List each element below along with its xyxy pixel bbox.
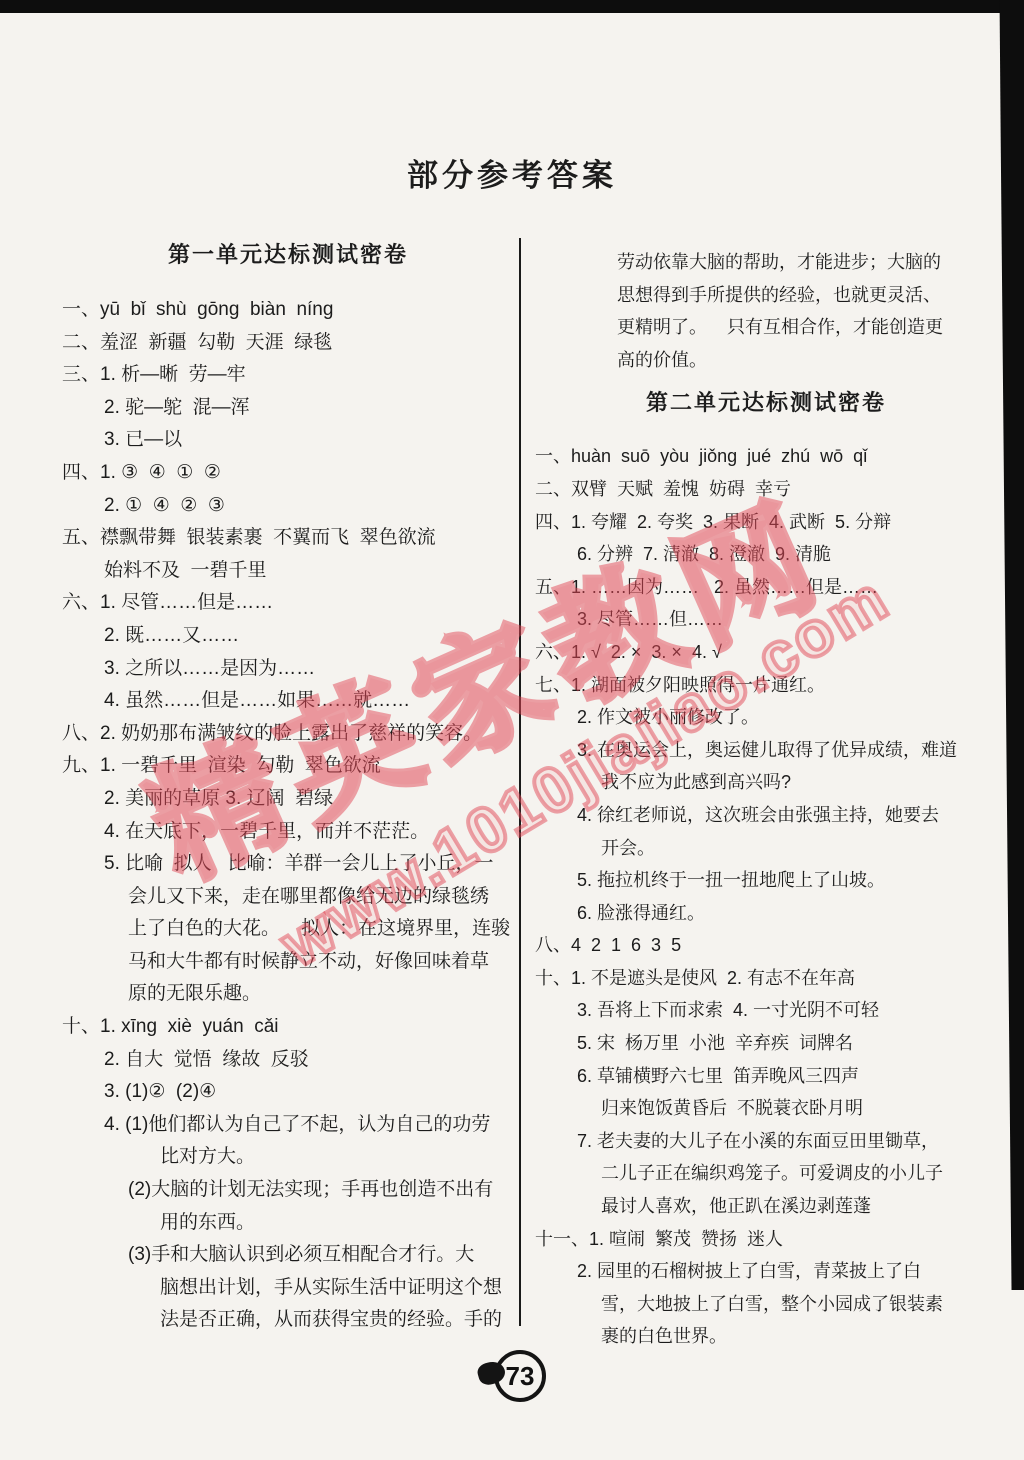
answer-line: 始料不及 一碧千里 xyxy=(104,555,514,588)
column-divider xyxy=(519,238,521,1326)
answer-line: 用的东西。 xyxy=(160,1207,514,1240)
answer-line: 二、羞涩 新疆 勾勒 天涯 绿毯 xyxy=(62,327,514,360)
unit2-heading: 第二单元达标测试密卷 xyxy=(535,388,997,418)
answer-line: 六、1. √ 2. × 3. × 4. √ xyxy=(535,636,997,669)
answer-line: 7. 老夫妻的大儿子在小溪的东面豆田里锄草， xyxy=(577,1125,997,1158)
unit1-heading: 第一单元达标测试密卷 xyxy=(62,240,514,270)
answer-line: 5. 拖拉机终于一扭一扭地爬上了山坡。 xyxy=(577,864,997,897)
answer-line: 归来饱饭黄昏后 不脱蓑衣卧月明 xyxy=(601,1092,997,1125)
answer-line: 五、襟飘带舞 银装素裹 不翼而飞 翠色欲流 xyxy=(62,522,514,555)
answer-line: 八、2. 奶奶那布满皱纹的脸上露出了慈祥的笑容。 xyxy=(62,718,514,751)
answer-line: 3. 吾将上下而求索 4. 一寸光阴不可轻 xyxy=(577,994,997,1027)
answer-line: 上了白色的大花。 拟人：在这境界里，连骏 xyxy=(128,913,514,946)
answer-line: 我不应为此感到高兴吗? xyxy=(601,766,997,799)
answer-line: (2)大脑的计划无法实现；手再也创造不出有 xyxy=(128,1174,514,1207)
answer-line: 雪，大地披上了白雪，整个小园成了银装素 xyxy=(601,1288,997,1321)
answer-line: 十、1. 不是遮头是使风 2. 有志不在年高 xyxy=(535,962,997,995)
unit1-continued-lines: 劳动依靠大脑的帮助，才能进步；大脑的思想得到手所提供的经验，也就更灵活、更精明了… xyxy=(535,246,997,376)
answer-line: 思想得到手所提供的经验，也就更灵活、 xyxy=(617,279,997,312)
answer-line: 更精明了。 只有互相合作，才能创造更 xyxy=(617,311,997,344)
answer-line: 六、1. 尽管……但是…… xyxy=(62,587,514,620)
answer-line: 裹的白色世界。 xyxy=(601,1320,997,1353)
answer-line: 2. 作文被小丽修改了。 xyxy=(577,701,997,734)
scanned-answer-page: 精英家教网 www.1010jiajiao.com 部分参考答案 第一单元达标测… xyxy=(0,0,1024,1460)
answer-line: 法是否正确，从而获得宝贵的经验。手的 xyxy=(160,1304,514,1337)
answer-line: 四、1. ③ ④ ① ② xyxy=(62,457,514,490)
answer-line: 4. 徐红老师说，这次班会由张强主持，她要去 xyxy=(577,799,997,832)
page-number-badge: 73 xyxy=(478,1350,550,1404)
answer-line: 4. (1)他们都认为自己了不起，认为自己的功劳 xyxy=(104,1109,514,1142)
unit1-answer-lines: 一、yū bǐ shù gōng biàn níng二、羞涩 新疆 勾勒 天涯 … xyxy=(62,294,514,1337)
answer-line: 十、1. xīng xiè yuán cǎi xyxy=(62,1011,514,1044)
answer-line: 脑想出计划，手从实际生活中证明这个想 xyxy=(160,1272,514,1305)
answer-line: 九、1. 一碧千里 渲染 勾勒 翠色欲流 xyxy=(62,750,514,783)
left-column-unit1: 第一单元达标测试密卷 一、yū bǐ shù gōng biàn níng二、羞… xyxy=(62,240,514,1337)
answer-line: 5. 宋 杨万里 小池 辛弃疾 词牌名 xyxy=(577,1027,997,1060)
answer-line: 一、huàn suō yòu jiǒng jué zhú wō qǐ xyxy=(535,440,997,473)
page-title: 部分参考答案 xyxy=(0,150,1024,195)
answer-line: 三、1. 析—晰 劳—牢 xyxy=(62,359,514,392)
answer-line: 2. ① ④ ② ③ xyxy=(104,490,514,523)
answer-line: 劳动依靠大脑的帮助，才能进步；大脑的 xyxy=(617,246,997,279)
answer-line: 2. 园里的石榴树披上了白雪，青菜披上了白 xyxy=(577,1255,997,1288)
answer-line: 二儿子正在编织鸡笼子。可爱调皮的小儿子 xyxy=(601,1157,997,1190)
answer-line: (3)手和大脑认识到必须互相配合才行。大 xyxy=(128,1239,514,1272)
answer-line: 5. 比喻 拟人 比喻：羊群一会儿上了小丘，一 xyxy=(104,848,514,881)
answer-line: 开会。 xyxy=(601,832,997,865)
answer-line: 4. 虽然……但是……如果……就…… xyxy=(104,685,514,718)
answer-line: 4. 在天底下，一碧千里，而并不茫茫。 xyxy=(104,816,514,849)
answer-line: 2. 既……又…… xyxy=(104,620,514,653)
answer-line: 五、1. ……因为…… 2. 虽然……但是…… xyxy=(535,571,997,604)
answer-line: 四、1. 夸耀 2. 夸奖 3. 果断 4. 武断 5. 分辩 xyxy=(535,506,997,539)
page-number: 73 xyxy=(506,1361,535,1391)
answer-line: 比对方大。 xyxy=(160,1141,514,1174)
answer-line: 七、1. 湖面被夕阳映照得一片通红。 xyxy=(535,669,997,702)
answer-line: 十一、1. 喧闹 繁茂 赞扬 迷人 xyxy=(535,1223,997,1256)
answer-line: 高的价值。 xyxy=(617,344,997,377)
answer-line: 3. 之所以……是因为…… xyxy=(104,653,514,686)
answer-line: 一、yū bǐ shù gōng biàn níng xyxy=(62,294,514,327)
right-column-unit2: 劳动依靠大脑的帮助，才能进步；大脑的思想得到手所提供的经验，也就更灵活、更精明了… xyxy=(535,224,997,1353)
answer-line: 6. 草铺横野六七里 笛弄晚风三四声 xyxy=(577,1060,997,1093)
answer-line: 二、双臂 天赋 羞愧 妨碍 幸亏 xyxy=(535,473,997,506)
answer-line: 3. 尽管……但…… xyxy=(577,603,997,636)
answer-line: 6. 脸涨得通红。 xyxy=(577,897,997,930)
answer-line: 2. 驼—鸵 混—浑 xyxy=(104,392,514,425)
answer-line: 6. 分辨 7. 清澈 8. 澄澈 9. 清脆 xyxy=(577,538,997,571)
answer-line: 马和大牛都有时候静立不动，好像回味着草 xyxy=(128,946,514,979)
answer-line: 会儿又下来，走在哪里都像给无边的绿毯绣 xyxy=(128,881,514,914)
unit2-answer-lines: 一、huàn suō yòu jiǒng jué zhú wō qǐ二、双臂 天… xyxy=(535,440,997,1353)
answer-line: 最讨人喜欢，他正趴在溪边剥莲蓬 xyxy=(601,1190,997,1223)
answer-line: 原的无限乐趣。 xyxy=(128,978,514,1011)
scan-top-edge xyxy=(0,0,1024,13)
answer-line: 2. 自大 觉悟 缘故 反驳 xyxy=(104,1044,514,1077)
answer-line: 2. 美丽的草原 3. 辽阔 碧绿 xyxy=(104,783,514,816)
answer-line: 3. 已—以 xyxy=(104,424,514,457)
answer-line: 3. (1)② (2)④ xyxy=(104,1076,514,1109)
answer-line: 八、4 2 1 6 3 5 xyxy=(535,929,997,962)
answer-line: 3. 在奥运会上，奥运健儿取得了优异成绩，难道 xyxy=(577,734,997,767)
